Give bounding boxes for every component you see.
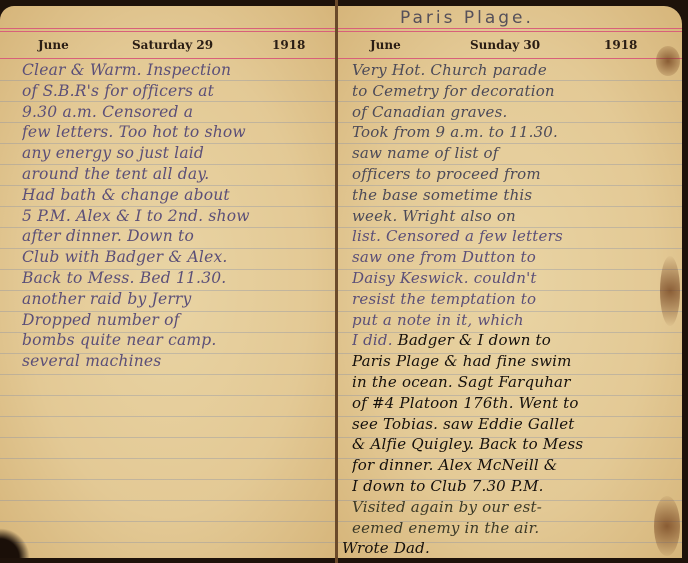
- page-stain: [654, 496, 680, 556]
- header-top-rule: [0, 28, 336, 29]
- entry-line: week. Wright also on: [352, 206, 670, 227]
- entry-line: few letters. Too hot to show: [22, 122, 324, 143]
- entry-line: saw name of list of: [352, 143, 670, 164]
- entry-line: the base sometime this: [352, 185, 670, 206]
- entry-line: any energy so just laid: [22, 143, 324, 164]
- entry-line: another raid by Jerry: [22, 289, 324, 310]
- entry-line: of Canadian graves.: [352, 102, 670, 123]
- entry-line: & Alfie Quigley. Back to Mess: [352, 434, 670, 455]
- entry-line: 5 P.M. Alex & I to 2nd. show: [22, 206, 324, 227]
- entry-line: Club with Badger & Alex.: [22, 247, 324, 268]
- page-stain: [660, 256, 680, 326]
- year-label: 1918: [604, 38, 637, 52]
- right-page-header: June Sunday 30 1918: [338, 34, 682, 54]
- day-label: Sunday 30: [470, 38, 540, 52]
- header-bottom-rule: [338, 58, 682, 59]
- entry-line: officers to proceed from: [352, 164, 670, 185]
- header-top-rule-2: [0, 31, 336, 32]
- entry-line: eemed enemy in the air.: [352, 518, 670, 539]
- left-entry-text: Clear & Warm. Inspection of S.B.R's for …: [22, 60, 324, 372]
- entry-line: Clear & Warm. Inspection: [22, 60, 324, 81]
- page-corner-wear: [0, 528, 30, 558]
- entry-line: see Tobias. saw Eddie Gallet: [352, 414, 670, 435]
- entry-line: 9.30 a.m. Censored a: [22, 102, 324, 123]
- page-stain: [656, 46, 680, 76]
- entry-line: Back to Mess. Bed 11.30.: [22, 268, 324, 289]
- entry-line: after dinner. Down to: [22, 226, 324, 247]
- header-bottom-rule: [0, 58, 336, 59]
- right-page: Paris Plage. June Sunday 30 1918: [338, 6, 682, 558]
- entry-line: around the tent all day.: [22, 164, 324, 185]
- entry-fragment: I did.: [352, 331, 393, 349]
- header-top-rule-2: [338, 31, 682, 32]
- entry-line: Had bath & change about: [22, 185, 324, 206]
- entry-line: list. Censored a few letters: [352, 226, 670, 247]
- entry-line: of S.B.R's for officers at: [22, 81, 324, 102]
- entry-line: Daisy Keswick. couldn't: [352, 268, 670, 289]
- entry-line: put a note in it, which: [352, 310, 670, 331]
- header-top-rule: [338, 28, 682, 29]
- diary-spread: June Saturday 29 1918 Clear & Warm. Insp…: [0, 0, 688, 563]
- entry-line: to Cemetry for decoration: [352, 81, 670, 102]
- entry-line-mixed: I did. Badger & I down to: [352, 330, 670, 351]
- entry-line: Visited again by our est-: [352, 497, 670, 518]
- entry-line: several machines: [22, 351, 324, 372]
- entry-line: Dropped number of: [22, 310, 324, 331]
- entry-line: resist the temptation to: [352, 289, 670, 310]
- entry-line: saw one from Dutton to: [352, 247, 670, 268]
- entry-line: Took from 9 a.m. to 11.30.: [352, 122, 670, 143]
- entry-line: I down to Club 7.30 P.M.: [352, 476, 670, 497]
- entry-line: for dinner. Alex McNeill &: [352, 455, 670, 476]
- month-label: June: [370, 38, 401, 52]
- entry-line: Wrote Dad.: [342, 538, 670, 558]
- location-note: Paris Plage.: [400, 8, 534, 28]
- entry-line: Paris Plage & had fine swim: [352, 351, 670, 372]
- left-page: June Saturday 29 1918 Clear & Warm. Insp…: [0, 6, 336, 558]
- entry-line: bombs quite near camp.: [22, 330, 324, 351]
- entry-line: Very Hot. Church parade: [352, 60, 670, 81]
- year-label: 1918: [272, 38, 305, 52]
- month-label: June: [38, 38, 69, 52]
- right-entry-text: Very Hot. Church parade to Cemetry for d…: [352, 60, 670, 558]
- entry-line: in the ocean. Sagt Farquhar: [352, 372, 670, 393]
- entry-line: of #4 Platoon 176th. Went to: [352, 393, 670, 414]
- day-label: Saturday 29: [132, 38, 213, 52]
- entry-fragment: Badger & I down to: [398, 331, 551, 349]
- left-page-header: June Saturday 29 1918: [0, 34, 336, 54]
